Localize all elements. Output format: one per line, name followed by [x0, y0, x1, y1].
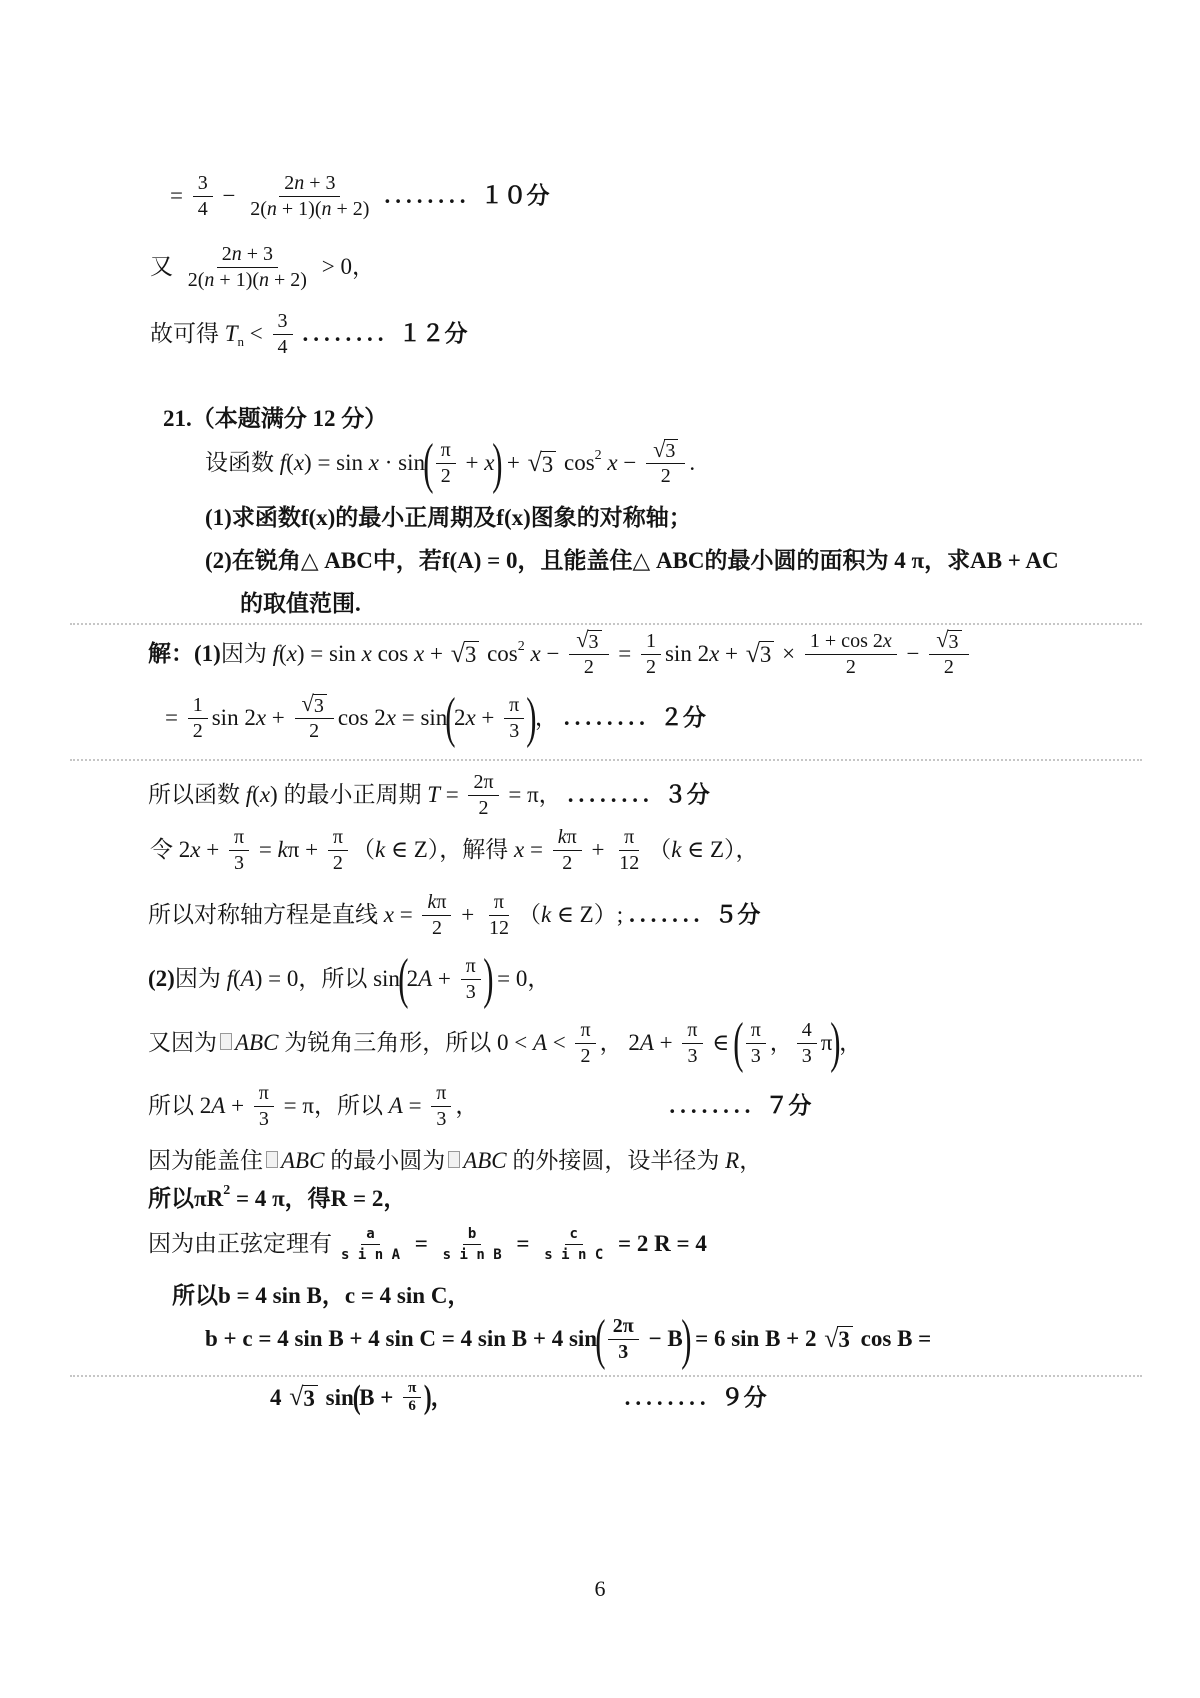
text-run: π	[751, 1019, 761, 1042]
italic-math-text: ABC	[463, 1147, 506, 1176]
bold-text: 2π	[613, 1315, 634, 1338]
text-run: 所以对称轴方程是直线	[148, 901, 384, 930]
text-run: + 1)(	[214, 269, 259, 292]
text-run: +	[460, 449, 484, 478]
text-run: (	[233, 965, 241, 994]
fraction-numerator: √3	[929, 630, 968, 655]
open-paren: (	[423, 439, 433, 489]
fraction-numerator: 2π	[608, 1315, 639, 1340]
bold-text: = 2 R = 4	[612, 1230, 707, 1259]
fraction-numerator: π	[746, 1019, 766, 1044]
square-root: √3	[576, 630, 601, 653]
open-paren: (	[445, 693, 455, 743]
text-run: +	[424, 640, 448, 669]
text-run: 3	[466, 981, 476, 1004]
fraction: 12	[641, 630, 661, 679]
text-run: ∈ Z），解得	[385, 836, 514, 865]
fraction: π3	[254, 1082, 274, 1131]
text-run: + 3	[242, 243, 273, 266]
italic-math-text: A	[389, 1092, 403, 1121]
text-run: b	[468, 1225, 476, 1243]
fraction-denominator: 2	[576, 1044, 596, 1068]
score-label: １２分	[399, 320, 468, 349]
text-run: π	[624, 826, 634, 849]
italic-math-text: x	[414, 640, 424, 669]
score-label: １０分	[480, 182, 549, 211]
fraction: π3	[229, 826, 249, 875]
text-run: > 0，	[316, 253, 375, 282]
text-run: 12	[489, 917, 509, 940]
radicand: 3	[948, 630, 962, 653]
bold-text: b + c = 4 sin B + 4 sin C = 4 sin B + 4 …	[205, 1325, 597, 1354]
bold-text: sin	[320, 1384, 354, 1413]
fraction-denominator: 2	[939, 655, 959, 679]
text-run: −	[541, 640, 565, 669]
spacer	[478, 1106, 663, 1107]
text-run: 2(	[250, 198, 267, 221]
fraction: 34	[273, 310, 293, 359]
fraction-numerator: kπ	[422, 891, 451, 916]
text-run: + 3	[304, 172, 335, 195]
radicand: 3	[464, 641, 480, 667]
fraction-denominator: 3	[254, 1107, 274, 1131]
text-run: 因为由正弦定理有	[148, 1230, 332, 1259]
fraction-numerator: π	[328, 826, 348, 851]
fraction-denominator: 2	[841, 655, 861, 679]
radicand: 3	[541, 451, 557, 477]
open-paren: (	[595, 1315, 605, 1365]
problem-21-title: 21.（本题满分 12 分）	[163, 405, 387, 434]
dot-leader: ........	[625, 1384, 711, 1413]
fraction-denominator: 2(n + 1)(n + 2)	[245, 197, 374, 221]
bold-text: 3	[838, 1327, 850, 1352]
text-run: 2	[562, 852, 572, 875]
dotted-separator	[70, 623, 1142, 625]
text-run: s i n B	[443, 1246, 502, 1264]
square-root: √3	[746, 641, 775, 667]
fraction-numerator: 4	[797, 1019, 817, 1044]
text-run: = π，	[503, 781, 562, 810]
italic-math-text: n	[267, 198, 277, 221]
text-run: 设函数	[205, 449, 280, 478]
bold-text: (1)求函数f(x)的最小正周期及f(x)图象的对称轴；	[205, 504, 692, 533]
square-root: √3	[528, 451, 557, 477]
text-run: +	[225, 1092, 249, 1121]
score-label: ７分	[765, 1092, 811, 1121]
close-paren: )	[424, 1382, 432, 1414]
radical-sign: √	[936, 629, 948, 651]
fraction-numerator: 2π	[468, 771, 498, 796]
text-run: 2	[222, 243, 232, 266]
text-run: 1 + cos 2	[810, 630, 883, 653]
text-run: 3	[589, 631, 599, 653]
italic-math-text: n	[204, 269, 214, 292]
text-run: = 0，	[491, 965, 550, 994]
fraction-denominator: 12	[614, 851, 644, 875]
sol-part2-fa: (2)因为 f(A) = 0，所以 sin(2A + π3) = 0，	[148, 954, 550, 1004]
fraction-denominator: 3	[229, 851, 249, 875]
text-run: ) = sin	[304, 449, 369, 478]
italic-math-text: x	[384, 901, 394, 930]
fraction-numerator: a	[361, 1225, 379, 1245]
bold-text: (1)	[194, 640, 221, 669]
fraction: π2	[328, 826, 348, 875]
text-run: 3	[665, 440, 675, 462]
text-run: s i n C	[544, 1246, 603, 1264]
italic-math-text: T	[427, 781, 440, 810]
text-run: 4	[198, 198, 208, 221]
score-label: ３分	[664, 781, 710, 810]
radicand: 3	[664, 439, 678, 462]
bold-text: = 6 sin B + 2	[689, 1325, 822, 1354]
superscript: 2	[518, 640, 525, 654]
text-run: + 2)	[332, 198, 370, 221]
radical-sign: √	[576, 629, 588, 651]
text-run: 2	[846, 656, 856, 679]
text-run: = π，所以	[278, 1092, 389, 1121]
fraction-numerator: 1	[641, 630, 661, 655]
fraction-denominator: 2	[474, 796, 494, 820]
sol-circumcircle: 因为能盖住ABC 的最小圆为ABC 的外接圆，设半径为 R，	[148, 1147, 762, 1176]
problem-21-part2: (2)在锐角△ ABC中，若f(A) = 0，且能盖住△ ABC的最小圆的面积为…	[205, 547, 1059, 576]
fraction-denominator: 3	[613, 1340, 633, 1364]
text-run: s i n A	[341, 1246, 400, 1264]
italic-math-text: n	[294, 172, 304, 195]
fraction-numerator: 3	[193, 172, 213, 197]
fraction-numerator: π	[504, 694, 524, 719]
text-run: 为锐角三角形，所以 0 <	[278, 1029, 532, 1058]
page-number: 6	[0, 1576, 1200, 1602]
fraction-denominator: s i n A	[336, 1245, 405, 1264]
text-run: 3	[278, 310, 288, 333]
fraction-denominator: 12	[484, 916, 514, 940]
text-run: −	[618, 449, 642, 478]
text-run: 12	[619, 852, 639, 875]
radical-sign: √	[451, 641, 465, 667]
text-run: 2	[646, 656, 656, 679]
radical-sign: √	[746, 641, 760, 667]
italic-math-text: R	[725, 1147, 739, 1176]
eq-tn-upper-bound: 故可得 Tn < 34........１２分	[150, 310, 468, 359]
fraction-denominator: 2	[656, 464, 676, 488]
text-run: +	[432, 965, 456, 994]
fraction: √32	[929, 630, 968, 679]
italic-math-text: k	[375, 836, 385, 865]
square-root: √3	[451, 641, 480, 667]
fraction: π3	[431, 1082, 451, 1131]
fraction-denominator: 4	[193, 197, 213, 221]
italic-math-text: k	[427, 891, 436, 914]
text-run: π	[494, 891, 504, 914]
bold-text: ，	[431, 1384, 454, 1413]
text-run: 2	[944, 656, 954, 679]
bold-text: 4	[270, 1384, 287, 1413]
italic-math-text: A	[211, 1092, 225, 1121]
text-run: 4	[278, 336, 288, 359]
fraction: √32	[646, 439, 685, 488]
sol-acute-range: 又因为ABC 为锐角三角形，所以 0 < A < π2， 2A + π3 ∈ (…	[148, 1018, 862, 1068]
fraction: 2n + 32(n + 1)(n + 2)	[183, 243, 312, 292]
text-run: +	[654, 1029, 678, 1058]
italic-math-text: A	[241, 965, 255, 994]
fraction: kπ2	[422, 891, 451, 940]
text-run: 3	[760, 642, 772, 667]
text-run: cos	[481, 640, 517, 669]
text-run: =	[253, 836, 277, 865]
fraction: π3	[682, 1019, 702, 1068]
italic-math-text: T	[225, 320, 238, 349]
text-run: 2	[661, 465, 671, 488]
text-run: π	[466, 955, 476, 978]
close-paren: )	[526, 693, 536, 743]
italic-math-text: x	[386, 704, 396, 733]
subscript: n	[238, 335, 245, 348]
text-run: π	[509, 694, 519, 717]
dot-leader: ........	[564, 704, 650, 733]
fraction-denominator: 2	[427, 916, 447, 940]
italic-math-text: x	[465, 704, 475, 733]
text-run: 3	[751, 1045, 761, 1068]
text-run: 3	[802, 1045, 812, 1068]
fraction-numerator: 3	[273, 310, 293, 335]
text-run: 3	[465, 642, 477, 667]
text-run: 又	[150, 253, 179, 282]
fraction-numerator: √3	[295, 694, 334, 719]
text-run: ，	[770, 1029, 793, 1058]
text-run: π	[333, 826, 343, 849]
text-run: （	[648, 836, 671, 865]
text-run: cos	[372, 640, 414, 669]
fraction: π3	[504, 694, 524, 743]
text-run: .	[689, 449, 695, 478]
text-run: π	[436, 891, 446, 914]
document-page: { "page": { "number": "6" }, "colors": {…	[0, 0, 1200, 1698]
fraction: π3	[746, 1019, 766, 1068]
dotted-separator	[70, 759, 1142, 761]
dot-leader: ........	[303, 320, 389, 349]
text-run: 2(	[188, 269, 205, 292]
italic-math-text: x	[514, 836, 524, 865]
text-run: ，	[455, 1092, 478, 1121]
text-run: 3	[198, 172, 208, 195]
text-run: 令 2	[150, 836, 190, 865]
text-run: ∈ Z）;	[551, 901, 623, 930]
missing-glyph-box	[266, 1151, 278, 1168]
italic-math-text: x	[190, 836, 200, 865]
radical-sign: √	[289, 1384, 303, 1410]
fraction-numerator: kπ	[553, 826, 582, 851]
text-run: π	[436, 1082, 446, 1105]
eq-tn-simplified: = 34 − 2n + 32(n + 1)(n + 2)........１０分	[170, 172, 549, 221]
square-root: √3	[289, 1385, 318, 1411]
radicand: 3	[302, 1385, 318, 1411]
square-root: √3	[936, 630, 961, 653]
fraction-numerator: π	[619, 826, 639, 851]
fraction: bs i n B	[438, 1225, 507, 1264]
bold-text: cos B =	[855, 1325, 931, 1354]
text-run: 3	[687, 1045, 697, 1068]
bold-text: − B	[643, 1325, 683, 1354]
italic-math-text: n	[259, 269, 269, 292]
text-run: 2	[309, 720, 319, 743]
fraction-numerator: 1	[188, 694, 208, 719]
dot-leader: ........	[384, 182, 470, 211]
fraction-denominator: 2	[188, 719, 208, 743]
text-run: 又因为	[148, 1029, 217, 1058]
sol-axis-result: 所以对称轴方程是直线 x = kπ2 + π12（k ∈ Z）;.......５…	[148, 891, 760, 940]
bold-text: 3	[618, 1341, 628, 1364]
bold-text: B +	[359, 1384, 399, 1413]
fraction: 12	[188, 694, 208, 743]
text-run: 因为	[175, 965, 227, 994]
text-run: ×	[776, 640, 800, 669]
score-label: ５分	[714, 901, 760, 930]
italic-math-text: x	[256, 704, 266, 733]
text-run: cos 2	[338, 704, 386, 733]
radicand: 3	[837, 1326, 853, 1352]
radical-sign: √	[824, 1326, 838, 1352]
open-paren: (	[398, 954, 408, 1004]
fraction-numerator: √3	[569, 630, 608, 655]
text-run: 1	[193, 694, 203, 717]
text-run: =	[524, 836, 548, 865]
text-run: 故可得	[150, 320, 225, 349]
fraction-denominator: s i n B	[438, 1245, 507, 1264]
fraction-numerator: π	[436, 439, 456, 464]
radical-sign: √	[653, 439, 665, 461]
text-run: =	[613, 640, 637, 669]
text-run: 3	[259, 1108, 269, 1131]
fraction-denominator: 2	[557, 851, 577, 875]
fraction-denominator: 2	[436, 464, 456, 488]
text-run: 2	[193, 720, 203, 743]
radicand: 3	[588, 630, 602, 653]
fraction-numerator: π	[431, 1082, 451, 1107]
text-run: ∈ Z），	[681, 836, 758, 865]
text-run: (	[252, 781, 260, 810]
text-run: 2	[333, 852, 343, 875]
sol-b-plus-c-result: 4 √3 sin(B + π6)，........９分	[270, 1381, 767, 1416]
text-run: 1	[646, 630, 656, 653]
text-run: ∈	[707, 1029, 736, 1058]
fraction: π3	[461, 955, 481, 1004]
italic-math-text: A	[640, 1029, 654, 1058]
text-run: +	[719, 640, 743, 669]
close-paren: )	[483, 954, 493, 1004]
italic-math-text: ABC	[281, 1147, 324, 1176]
italic-math-text: k	[671, 836, 681, 865]
italic-math-text: x	[709, 640, 719, 669]
text-run: =	[403, 1092, 427, 1121]
fraction-numerator: b	[463, 1225, 481, 1245]
text-run: 的外接圆，设半径为	[507, 1147, 726, 1176]
text-run: (	[286, 449, 294, 478]
fraction-denominator: 3	[431, 1107, 451, 1131]
score-label: ９分	[721, 1384, 767, 1413]
close-paren: )	[681, 1315, 691, 1365]
bold-text: 的取值范围.	[240, 590, 361, 619]
text-run: π	[441, 439, 451, 462]
bold-text: 所以b = 4 sin B，c = 4 sin C，	[172, 1282, 470, 1311]
fraction: 1 + cos 2x2	[805, 630, 897, 679]
fraction: cs i n C	[539, 1225, 608, 1264]
open-paren: (	[733, 1018, 743, 1068]
text-run: π	[580, 1019, 590, 1042]
text-run: a	[366, 1225, 374, 1243]
bold-text: π	[408, 1381, 416, 1397]
text-run: 因为	[221, 640, 273, 669]
fraction: kπ2	[553, 826, 582, 875]
text-run: =	[170, 182, 189, 211]
fraction-numerator: π	[461, 955, 481, 980]
text-run: +	[200, 836, 224, 865]
text-run: +	[266, 704, 290, 733]
text-run: =	[440, 781, 464, 810]
fraction-denominator: 2	[579, 655, 599, 679]
fraction: 34	[193, 172, 213, 221]
text-run: =	[394, 901, 418, 930]
text-run: π	[687, 1019, 697, 1042]
fraction: 2π2	[468, 771, 498, 820]
text-run: sin 2	[665, 640, 709, 669]
fraction-denominator: 6	[403, 1398, 421, 1415]
text-run: cos	[558, 449, 594, 478]
missing-glyph-box	[448, 1151, 460, 1168]
sol-radius: 所以πR2 = 4 π，得R = 2，	[148, 1185, 406, 1214]
fraction-denominator: s i n C	[539, 1245, 608, 1264]
fraction-numerator: 1 + cos 2x	[805, 630, 897, 655]
text-run: π	[234, 826, 244, 849]
radicand: 3	[759, 641, 775, 667]
text-run: =	[165, 704, 184, 733]
radical-sign: √	[302, 693, 314, 715]
bold-text: 3	[303, 1386, 315, 1411]
text-run: +	[476, 704, 500, 733]
fraction-numerator: π	[254, 1082, 274, 1107]
square-root: √3	[824, 1326, 853, 1352]
problem-21-part1: (1)求函数f(x)的最小正周期及f(x)图象的对称轴；	[205, 504, 692, 533]
fraction-numerator: 2n + 3	[279, 172, 340, 197]
bold-text: =	[511, 1230, 536, 1259]
bold-text: = 4 π，得R = 2，	[230, 1185, 406, 1214]
text-run: π +	[288, 836, 324, 865]
bold-text: =	[409, 1230, 434, 1259]
fraction-numerator: π	[403, 1381, 421, 1399]
fraction: π6	[403, 1381, 421, 1416]
problem-21-function-def: 设函数 f(x) = sin x · sin(π2 + x) + √3 cos2…	[205, 439, 695, 489]
sol-b-plus-c: b + c = 4 sin B + 4 sin C = 4 sin B + 4 …	[205, 1315, 931, 1365]
text-run: 所以 2	[148, 1092, 211, 1121]
italic-math-text: x	[362, 640, 372, 669]
text-run: 3	[509, 720, 519, 743]
text-run: 2	[432, 917, 442, 940]
italic-math-text: x	[883, 630, 892, 653]
fraction-denominator: 2	[328, 851, 348, 875]
text-run: ，	[535, 704, 558, 733]
fraction: π12	[484, 891, 514, 940]
text-run: 2	[581, 1045, 591, 1068]
text-run: （	[518, 901, 541, 930]
italic-math-text: A	[533, 1029, 547, 1058]
sol-expand-fx: 解：(1)因为 f(x) = sin x cos x + √3 cos2 x −…	[148, 630, 973, 679]
text-run: sin 2	[212, 704, 256, 733]
italic-math-text: x	[531, 640, 541, 669]
fraction-numerator: π	[229, 826, 249, 851]
text-run: 3	[542, 452, 554, 477]
text-run: π	[259, 1082, 269, 1105]
square-root: √3	[653, 439, 678, 462]
text-run: + 2)	[269, 269, 307, 292]
